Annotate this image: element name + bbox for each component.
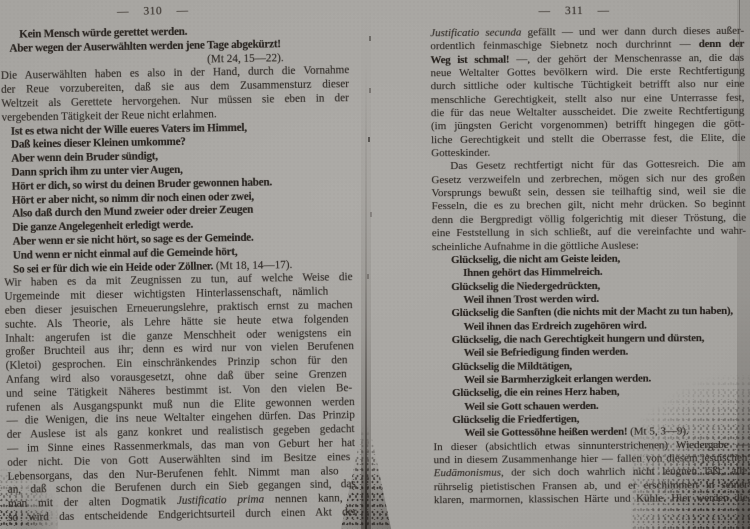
gutter-tick-marks [369, 36, 371, 41]
text-segment: menschliche Gerechtigkeit, stellt also n… [431, 91, 745, 105]
text-segment: gefällt — und wer dann durch dieses auße… [521, 25, 744, 39]
text-segment: Gotteskinder. [431, 147, 490, 159]
text-segment: (Mt 5, 3—9). [627, 426, 689, 438]
page-left-text: Kein Mensch würde gerettet werden.Aber w… [0, 23, 356, 525]
text-segment: scheinliche Aufnahme in die göttliche Au… [432, 239, 639, 253]
text-segment: (im jüngsten Gericht vorgenommen) betrif… [431, 118, 745, 132]
text-segment: Vorsprungs bewußt sein, dessen sie teilh… [431, 185, 746, 199]
text-segment: neue Weltalter Gottes bevölkern wird. Di… [431, 65, 745, 79]
text-segment: Justificatio secunda [430, 27, 521, 40]
text-segment: So sei er für dich wie ein Heide oder Zö… [13, 260, 213, 275]
page-number-right: — 311 — [417, 4, 731, 18]
text-line: klaren, marmornen, klassischen Härte und… [434, 492, 748, 508]
text-segment: Weil ihnen das Erdreich zugehören wird. [464, 319, 647, 332]
text-segment: Weil sie Gott schauen werden. [464, 400, 598, 413]
text-segment: Das Gesetz rechtfertigt nicht für das Go… [450, 158, 745, 172]
text-segment: Die ganze Angelegenheit erledigt werde. [12, 219, 193, 234]
text-segment: denn die Bergpredigt völlig folgerichtig… [432, 212, 746, 226]
text-segment: vergebenden Tätigkeit der Reue nicht erl… [1, 108, 216, 124]
text-segment: (Mt 18, 14—17). [213, 259, 292, 272]
text-segment: Weil sie Befriedigung finden werden. [464, 346, 628, 359]
text-segment: Glückselig, die nicht am Geiste leiden, [451, 253, 620, 266]
text-segment: klaren, marmornen, klassischen Härte und… [434, 492, 748, 506]
page-right-text: Justificatio secunda gefällt — und wer d… [430, 25, 748, 508]
text-line: Glückselig die Sanften (die nichts mit d… [432, 305, 746, 321]
text-segment: Eudämonismus [434, 467, 501, 480]
page-number-left: — 310 — [0, 2, 327, 20]
book-scan: { "colors": { "paper": "#a8a6a2", "ink":… [0, 0, 750, 529]
text-segment: Daß keines dieser Kleinen umkomme? [11, 136, 186, 151]
text-segment: und in diesem Zusammenhange hier — falle… [434, 452, 748, 466]
text-segment: Weil ihnen Trost werden wird. [463, 293, 599, 306]
text-segment: Glückselig die Friedfertigen, [452, 413, 579, 426]
text-segment: man mit der alten Dogmatik [8, 495, 177, 510]
text-segment: Ist es etwa nicht der Wille eueres Vater… [11, 121, 247, 137]
text-segment: Glückselig, die ein reines Herz haben, [452, 386, 619, 399]
text-segment: die für das neue Weltalter ausscheidet. … [431, 105, 745, 119]
text-segment: Weil sie Barmherzigkeit erlangen werden. [464, 372, 651, 385]
text-segment: —, der gehört der Menschenrasse an, die … [509, 51, 744, 65]
text-segment: Weil sie Gottessöhne heißen werden! [464, 426, 627, 439]
page-left: — 310 — Kein Mensch würde gerettet werde… [0, 2, 356, 525]
text-line: liche Gerechtigkeit und stellt die Oberr… [431, 132, 745, 148]
text-segment: liche Gerechtigkeit und stellt die Oberr… [431, 132, 745, 146]
text-segment: rührselig pietistischen Fransen ab, und … [434, 478, 748, 492]
text-segment: Justificatio prima [177, 494, 264, 507]
text-segment: denn der [699, 38, 744, 50]
text-segment: eine Feststellung in sich schließt, auf … [432, 225, 746, 239]
text-line: eine Feststellung in sich schließt, auf … [432, 225, 746, 241]
text-segment: Glückselig, die nach Gerechtigkeit hunge… [452, 332, 705, 346]
text-segment: , der sich doch wahrlich nicht leugnen l… [501, 465, 747, 479]
gutter-shadow [361, 0, 371, 529]
text-segment: Dann sprich ihm zu unter vier Augen, [11, 164, 182, 179]
text-segment: Ihnen gehört das Himmelreich. [463, 266, 602, 279]
text-segment: Also daß durch den Mund zweier oder drei… [12, 204, 253, 220]
gutter-spine-line [365, 60, 367, 529]
text-segment: ordentlich feinmaschige Siebnetz noch du… [430, 38, 698, 52]
page-right: — 311 — Justificatio secunda gefällt — u… [430, 4, 748, 508]
text-line: Glückselig, die nach Gerechtigkeit hunge… [433, 332, 747, 348]
text-segment: (Mt 24, 15—22). [207, 52, 284, 65]
text-segment: Fesseln, die es zu brechen gilt, nicht m… [432, 198, 746, 212]
text-segment: Glückselig die Mildtätigen, [452, 360, 572, 373]
text-segment: Kein Mensch würde gerettet werden. [19, 26, 187, 41]
text-segment: durch sittliche oder kultische Tüchtigke… [431, 78, 745, 92]
text-segment: Glückselig die Niedergedrückten, [451, 279, 600, 292]
text-segment: Gesetz verzweifeln und zerbrechen, mögen… [431, 172, 745, 186]
text-segment: nennen kann, [264, 492, 343, 505]
text-segment: Aber wenn dein Bruder sündigt, [11, 150, 158, 164]
text-segment: Weg ist schmal! [430, 53, 509, 66]
text-segment: In dieser (absichtlich etwas sinnunterst… [433, 438, 747, 452]
text-segment: Glückselig die Sanften (die nichts mit d… [451, 305, 732, 319]
